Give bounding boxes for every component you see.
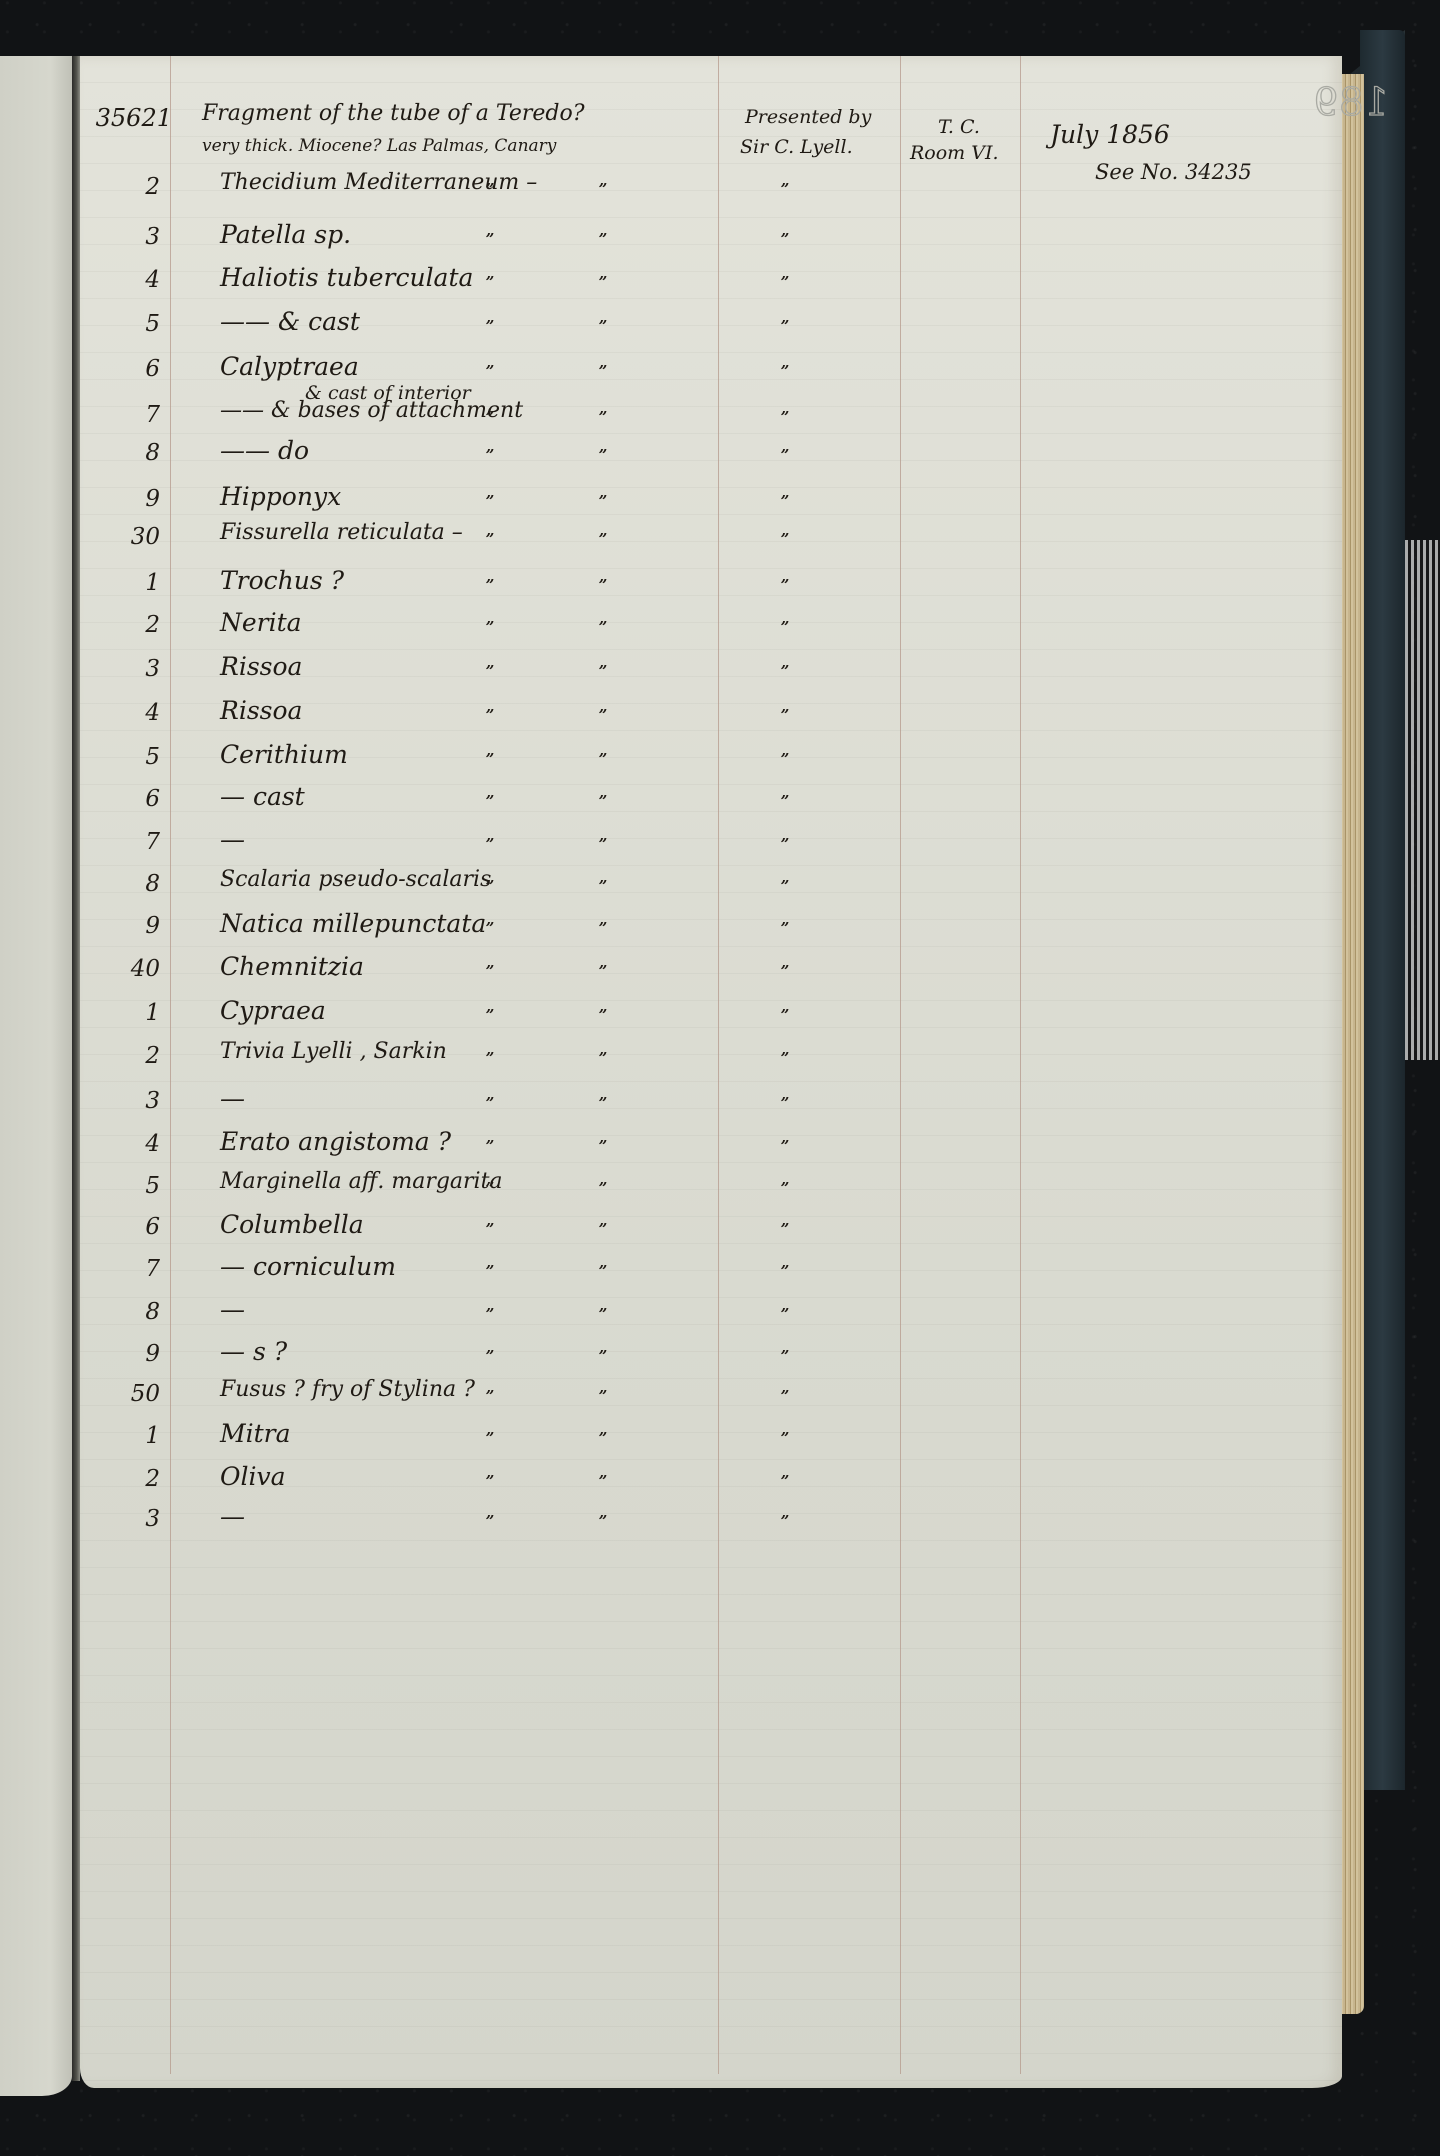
- ditto-mark-placed: ”: [770, 1049, 800, 1067]
- ditto-mark-acquired: ”: [588, 273, 618, 291]
- ditto-mark-acquired: ”: [588, 1094, 618, 1112]
- reg-number: 6: [80, 356, 160, 382]
- reg-number: 5: [80, 1173, 160, 1199]
- reg-number: 3: [80, 224, 160, 250]
- entry-description: Fragment of the tube of a Teredo?: [202, 101, 585, 126]
- ditto-mark-placed: ”: [770, 1137, 800, 1155]
- ditto-mark-locality: ”: [475, 1049, 505, 1067]
- placed-room: Room VI.: [910, 142, 999, 164]
- reg-number: 1: [80, 1000, 160, 1026]
- ditto-mark-locality: ”: [475, 792, 505, 810]
- ditto-mark-placed: ”: [770, 1387, 800, 1405]
- entry-description: Natica millepunctata: [220, 909, 486, 938]
- ditto-mark-acquired: ”: [588, 618, 618, 636]
- entry-description: —— & cast: [220, 307, 360, 336]
- ditto-mark-placed: ”: [770, 230, 800, 248]
- entry-description: — s ?: [220, 1337, 287, 1366]
- entry-description: Fusus ? fry of Stylina ?: [220, 1377, 475, 1402]
- ditto-mark-acquired: ”: [588, 750, 618, 768]
- reg-number: 9: [80, 486, 160, 512]
- ditto-mark-acquired: ”: [588, 1387, 618, 1405]
- entry-description: Oliva: [220, 1462, 286, 1491]
- ditto-mark-locality: ”: [475, 877, 505, 895]
- entry-description: Marginella aff. margarita: [220, 1169, 503, 1194]
- ditto-mark-locality: ”: [475, 1262, 505, 1280]
- entry-description: Patella sp.: [220, 220, 351, 249]
- ditto-mark-placed: ”: [770, 446, 800, 464]
- entry-description: Nerita: [220, 608, 302, 637]
- ditto-mark-locality: ”: [475, 576, 505, 594]
- reg-number: 4: [80, 1131, 160, 1157]
- ditto-mark-locality: ”: [475, 962, 505, 980]
- entry-description: Fissurella reticulata –: [220, 520, 463, 545]
- reg-number: 5: [80, 744, 160, 770]
- column-rule-locality: [718, 56, 719, 2074]
- reg-number: 9: [80, 913, 160, 939]
- reg-number: 7: [80, 402, 160, 428]
- ditto-mark-placed: ”: [770, 408, 800, 426]
- acquired-label: Presented by: [745, 106, 871, 128]
- ditto-mark-placed: ”: [770, 530, 800, 548]
- entry-description-locality: very thick. Miocene? Las Palmas, Canary: [202, 136, 556, 156]
- ditto-mark-placed: ”: [770, 662, 800, 680]
- entry-description: —: [220, 1502, 245, 1531]
- ditto-mark-acquired: ”: [588, 230, 618, 248]
- ditto-mark-placed: ”: [770, 877, 800, 895]
- reg-number: 35621: [80, 104, 172, 132]
- ditto-mark-acquired: ”: [588, 1262, 618, 1280]
- ditto-mark-placed: ”: [770, 1006, 800, 1024]
- book-cover-edge: [1360, 30, 1405, 1790]
- entry-description: Hipponyx: [220, 482, 341, 511]
- register-page: 189 35621 Fragment of the tube of a Tere…: [80, 56, 1342, 2088]
- ditto-mark-acquired: ”: [588, 1472, 618, 1490]
- book-gutter: [72, 56, 80, 2081]
- ditto-mark-placed: ”: [770, 835, 800, 853]
- entry-description: Erato angistoma ?: [220, 1127, 451, 1156]
- ditto-mark-locality: ”: [475, 362, 505, 380]
- ditto-mark-acquired: ”: [588, 362, 618, 380]
- ditto-mark-acquired: ”: [588, 1049, 618, 1067]
- reg-number: 2: [80, 1466, 160, 1492]
- reg-number: 7: [80, 1256, 160, 1282]
- reg-number: 3: [80, 656, 160, 682]
- ditto-mark-acquired: ”: [588, 317, 618, 335]
- ditto-mark-acquired: ”: [588, 446, 618, 464]
- ditto-mark-placed: ”: [770, 180, 800, 198]
- ditto-mark-locality: ”: [475, 662, 505, 680]
- ditto-mark-locality: ”: [475, 273, 505, 291]
- ditto-mark-locality: ”: [475, 1006, 505, 1024]
- reg-number: 1: [80, 570, 160, 596]
- entry-description: Rissoa: [220, 652, 302, 681]
- entry-description: Cerithium: [220, 740, 348, 769]
- column-rule-placed: [1020, 56, 1021, 2074]
- ditto-mark-placed: ”: [770, 492, 800, 510]
- ditto-mark-locality: ”: [475, 1094, 505, 1112]
- ditto-mark-acquired: ”: [588, 1220, 618, 1238]
- entry-description: Columbella: [220, 1210, 364, 1239]
- ditto-mark-placed: ”: [770, 962, 800, 980]
- ditto-mark-locality: ”: [475, 618, 505, 636]
- entry-description: —: [220, 1295, 245, 1324]
- ditto-mark-locality: ”: [475, 1512, 505, 1530]
- ditto-mark-locality: ”: [475, 408, 505, 426]
- acquired-donor: Sir C. Lyell.: [740, 136, 853, 158]
- reg-number: 4: [80, 700, 160, 726]
- ditto-mark-placed: ”: [770, 362, 800, 380]
- ditto-mark-locality: ”: [475, 1429, 505, 1447]
- ditto-mark-acquired: ”: [588, 1305, 618, 1323]
- column-rule-acquired: [900, 56, 901, 2074]
- ditto-mark-placed: ”: [770, 576, 800, 594]
- ditto-mark-locality: ”: [475, 919, 505, 937]
- ditto-mark-acquired: ”: [588, 962, 618, 980]
- ditto-mark-placed: ”: [770, 1262, 800, 1280]
- reg-number: 8: [80, 1299, 160, 1325]
- ditto-mark-placed: ”: [770, 919, 800, 937]
- ditto-mark-acquired: ”: [588, 1006, 618, 1024]
- entry-description: Trochus ?: [220, 566, 344, 595]
- reg-number: 30: [80, 524, 160, 550]
- ditto-mark-placed: ”: [770, 273, 800, 291]
- entry-description: Scalaria pseudo-scalaris: [220, 867, 491, 892]
- entry-description: — corniculum: [220, 1252, 396, 1281]
- page-number-stamp: 189: [1313, 80, 1389, 124]
- entry-description: — cast: [220, 782, 305, 811]
- reg-number: 5: [80, 311, 160, 337]
- ditto-mark-acquired: ”: [588, 1179, 618, 1197]
- entry-description: Trivia Lyelli , Sarkin: [220, 1039, 447, 1064]
- entry-description: —— do: [220, 436, 309, 465]
- reg-number: 2: [80, 174, 160, 200]
- ditto-mark-locality: ”: [475, 317, 505, 335]
- reg-number: 7: [80, 829, 160, 855]
- ditto-mark-locality: ”: [475, 1387, 505, 1405]
- reg-number: 2: [80, 1043, 160, 1069]
- ditto-mark-placed: ”: [770, 1429, 800, 1447]
- ditto-mark-acquired: ”: [588, 919, 618, 937]
- entry-description: Chemnitzia: [220, 952, 364, 981]
- reg-number: 50: [80, 1381, 160, 1407]
- reg-number: 9: [80, 1341, 160, 1367]
- entry-description: Mitra: [220, 1419, 291, 1448]
- ditto-mark-placed: ”: [770, 618, 800, 636]
- ditto-mark-locality: ”: [475, 750, 505, 768]
- entry-description: Haliotis tuberculata: [220, 263, 473, 292]
- see-reference: See No. 34235: [1095, 160, 1252, 184]
- reg-number: 1: [80, 1423, 160, 1449]
- ditto-mark-acquired: ”: [588, 1512, 618, 1530]
- ditto-mark-acquired: ”: [588, 530, 618, 548]
- ditto-mark-placed: ”: [770, 1347, 800, 1365]
- reg-number: 3: [80, 1506, 160, 1532]
- left-page-edge: [0, 56, 72, 2096]
- ditto-mark-locality: ”: [475, 492, 505, 510]
- ditto-mark-acquired: ”: [588, 1429, 618, 1447]
- ditto-mark-placed: ”: [770, 1512, 800, 1530]
- placed-label: T. C.: [938, 116, 980, 138]
- ditto-mark-placed: ”: [770, 1305, 800, 1323]
- ditto-mark-acquired: ”: [588, 408, 618, 426]
- cloth-backdrop: [1405, 540, 1440, 1060]
- reg-number: 4: [80, 267, 160, 293]
- ditto-mark-acquired: ”: [588, 662, 618, 680]
- reg-number: 8: [80, 440, 160, 466]
- reg-number: 40: [80, 956, 160, 982]
- ditto-mark-placed: ”: [770, 1220, 800, 1238]
- reg-number: 8: [80, 871, 160, 897]
- reg-number: 6: [80, 1214, 160, 1240]
- ditto-mark-locality: ”: [475, 1305, 505, 1323]
- entry-description: —: [220, 825, 245, 854]
- reg-number: 2: [80, 612, 160, 638]
- ditto-mark-acquired: ”: [588, 1137, 618, 1155]
- ditto-mark-locality: ”: [475, 230, 505, 248]
- ditto-mark-acquired: ”: [588, 576, 618, 594]
- column-rule-number: [170, 56, 171, 2074]
- ditto-mark-locality: ”: [475, 1179, 505, 1197]
- ditto-mark-placed: ”: [770, 1094, 800, 1112]
- ditto-mark-acquired: ”: [588, 877, 618, 895]
- reg-number: 6: [80, 786, 160, 812]
- entry-description: Rissoa: [220, 696, 302, 725]
- ditto-mark-locality: ”: [475, 530, 505, 548]
- ditto-mark-locality: ”: [475, 835, 505, 853]
- ditto-mark-placed: ”: [770, 750, 800, 768]
- ditto-mark-placed: ”: [770, 792, 800, 810]
- ditto-mark-acquired: ”: [588, 792, 618, 810]
- ditto-mark-locality: ”: [475, 180, 505, 198]
- ditto-mark-acquired: ”: [588, 1347, 618, 1365]
- entry-description: —: [220, 1084, 245, 1113]
- reg-number: 3: [80, 1088, 160, 1114]
- ditto-mark-locality: ”: [475, 1472, 505, 1490]
- entry-description: Cypraea: [220, 996, 326, 1025]
- ditto-mark-locality: ”: [475, 706, 505, 724]
- entry-date: July 1856: [1050, 120, 1170, 149]
- ditto-mark-locality: ”: [475, 446, 505, 464]
- ditto-mark-locality: ”: [475, 1220, 505, 1238]
- ditto-mark-acquired: ”: [588, 492, 618, 510]
- ditto-mark-acquired: ”: [588, 835, 618, 853]
- ditto-mark-placed: ”: [770, 1179, 800, 1197]
- entry-description: Calyptraea: [220, 352, 359, 381]
- ditto-mark-locality: ”: [475, 1347, 505, 1365]
- ditto-mark-placed: ”: [770, 317, 800, 335]
- ditto-mark-locality: ”: [475, 1137, 505, 1155]
- ditto-mark-placed: ”: [770, 706, 800, 724]
- ditto-mark-acquired: ”: [588, 180, 618, 198]
- ditto-mark-placed: ”: [770, 1472, 800, 1490]
- ditto-mark-acquired: ”: [588, 706, 618, 724]
